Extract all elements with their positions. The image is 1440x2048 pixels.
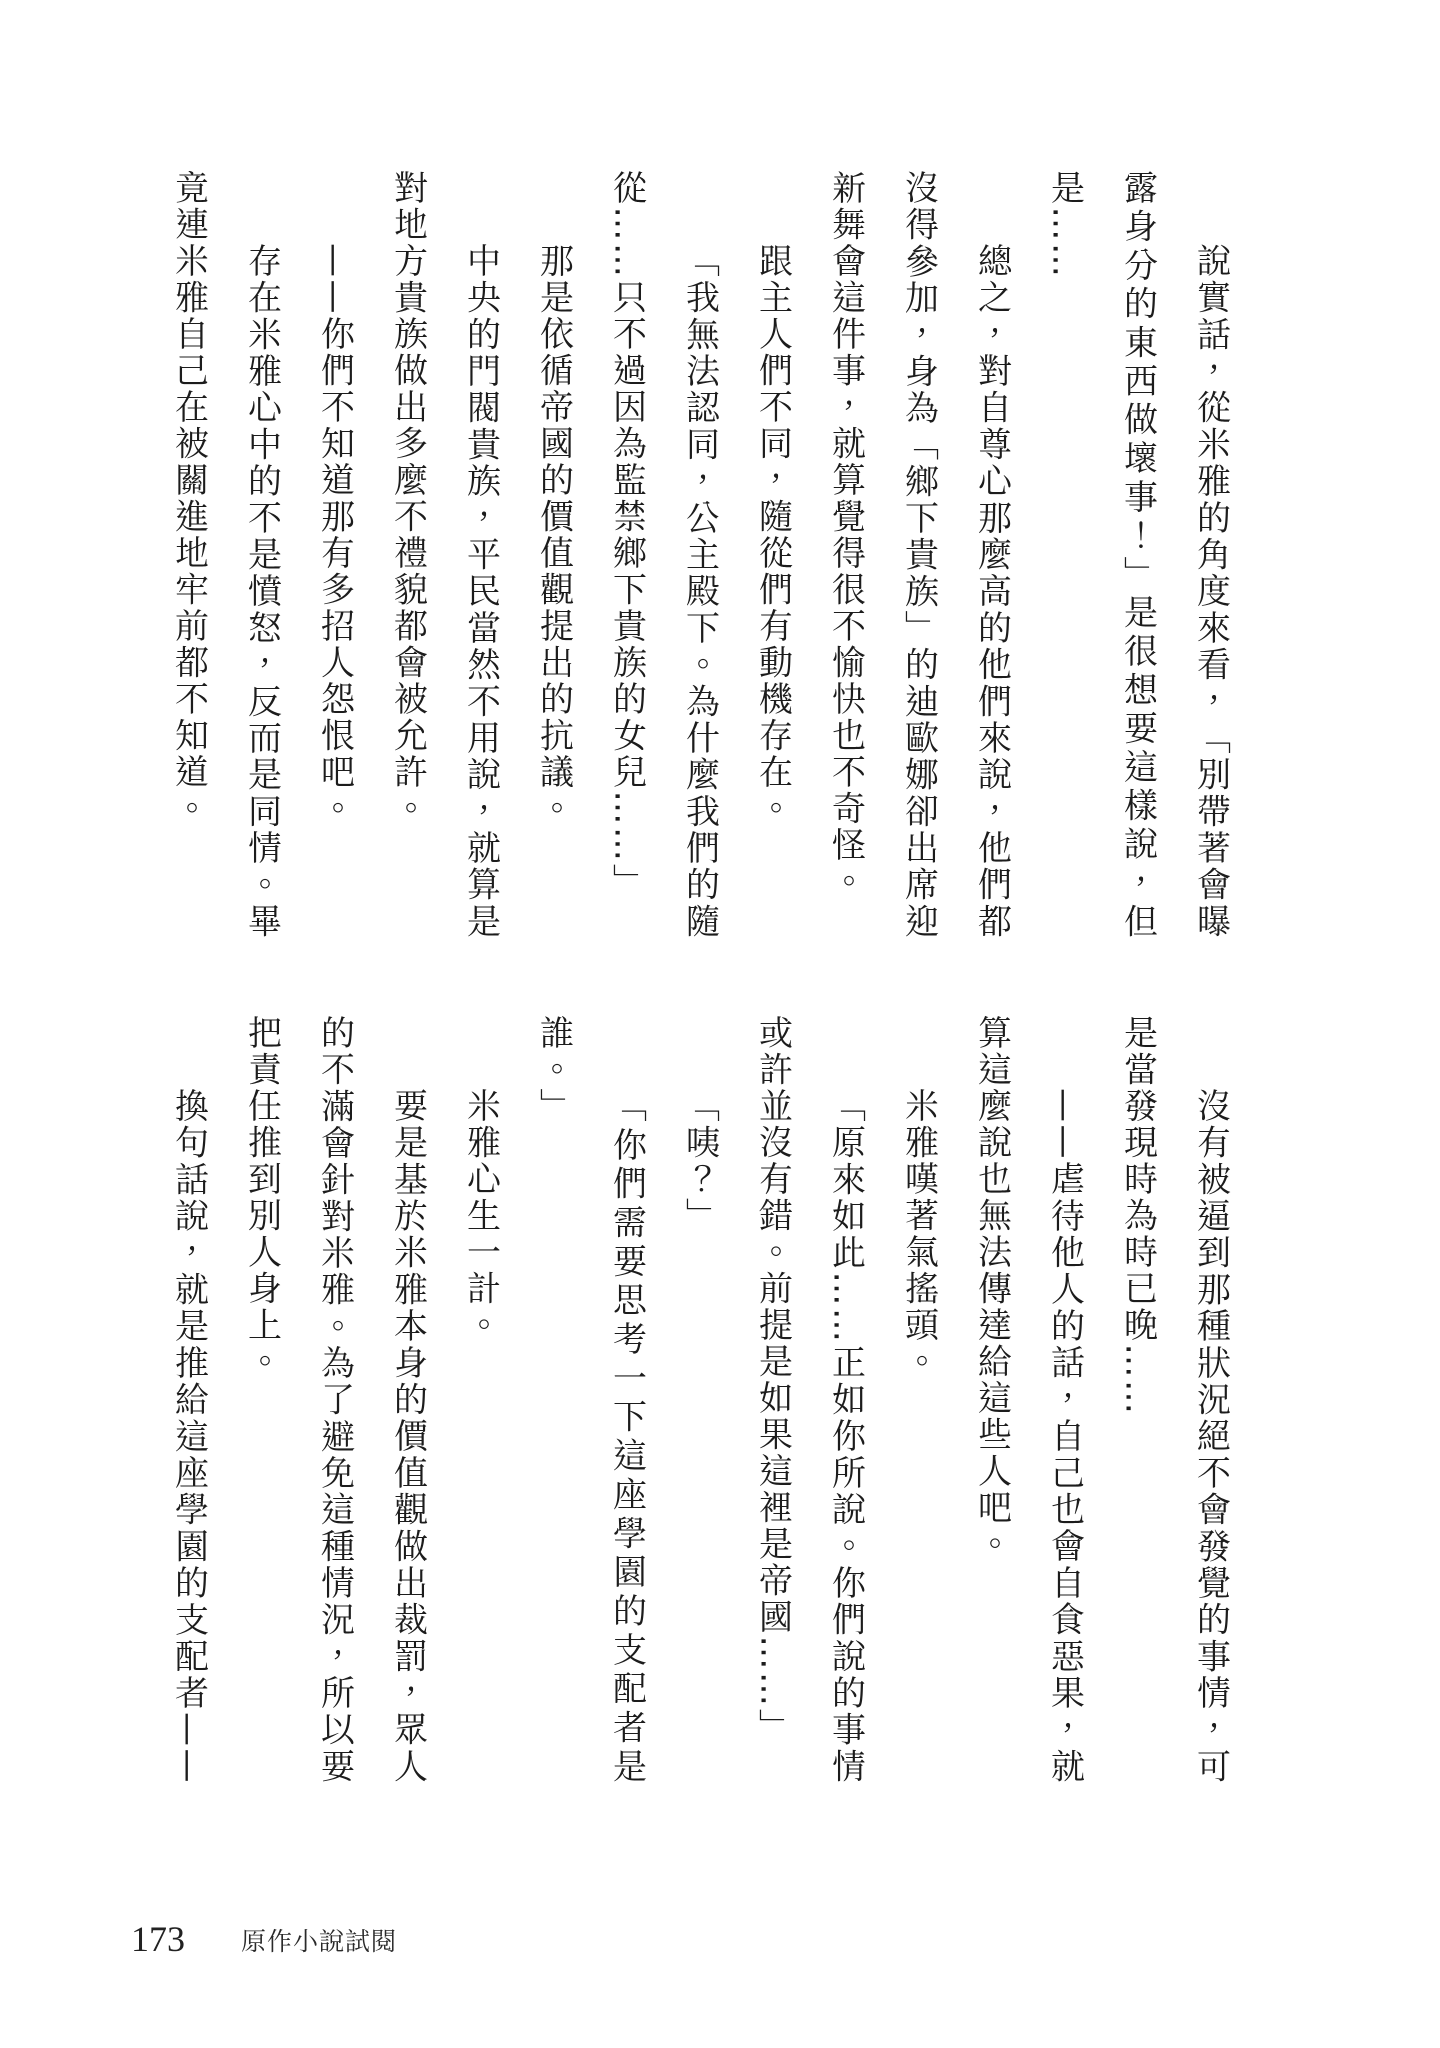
text-column: 跟主人們不同，隨從們有動機存在。 xyxy=(736,170,809,940)
text-column: 要是基於米雅本身的價值觀做出裁罰，眾人 xyxy=(371,1015,444,1785)
text-column: 誰。」 xyxy=(517,1015,590,1785)
text-column: 是…… xyxy=(1028,170,1101,940)
text-column: 米雅心生一計。 xyxy=(444,1015,517,1785)
text-column: 換句話說，就是推給這座學園的支配者—— xyxy=(152,1015,225,1785)
page-number: 173 xyxy=(131,1921,185,1957)
text-column: 沒得參加，身為「鄉下貴族」的迪歐娜卻出席迎 xyxy=(882,170,955,940)
text-column: 「咦？」 xyxy=(663,1015,736,1785)
text-column: 米雅嘆著氣搖頭。 xyxy=(882,1015,955,1785)
text-column: 「原來如此……正如你所說。你們說的事情 xyxy=(809,1015,882,1785)
text-column: 「我無法認同，公主殿下。為什麼我們的隨 xyxy=(663,170,736,940)
text-column: 從……只不過因為監禁鄉下貴族的女兒……」 xyxy=(590,170,663,940)
text-column: 把責任推到別人身上。 xyxy=(225,1015,298,1785)
text-column: 是當發現時為時已晚…… xyxy=(1101,1015,1174,1785)
text-column: 那是依循帝國的價值觀提出的抗議。 xyxy=(517,170,590,940)
text-column: 中央的門閥貴族，平民當然不用說，就算是 xyxy=(444,170,517,940)
text-column: 「你們需要思考一下這座學園的支配者是 xyxy=(590,1015,663,1785)
text-column: 存在米雅心中的不是憤怒，反而是同情。畢 xyxy=(225,170,298,940)
text-column: 竟連米雅自己在被關進地牢前都不知道。 xyxy=(152,170,225,940)
text-column: 露身分的東西做壞事！」是很想要這樣說，但 xyxy=(1101,170,1174,940)
text-column: 的不滿會針對米雅。為了避免這種情況，所以要 xyxy=(298,1015,371,1785)
text-column: 或許並沒有錯。前提是如果這裡是帝國……」 xyxy=(736,1015,809,1785)
text-column: 對地方貴族做出多麼不禮貌都會被允許。 xyxy=(371,170,444,940)
text-column: 新舞會這件事，就算覺得很不愉快也不奇怪。 xyxy=(809,170,882,940)
text-column: 總之，對自尊心那麼高的他們來說，他們都 xyxy=(955,170,1028,940)
upper-text-section: 說實話，從米雅的角度來看，「別帶著會曝 露身分的東西做壞事！」是很想要這樣說，但… xyxy=(152,170,1247,940)
text-column: ——你們不知道那有多招人怨恨吧。 xyxy=(298,170,371,940)
running-footer-title: 原作小說試閱 xyxy=(241,1929,397,1954)
text-column: 算這麼說也無法傳達給這些人吧。 xyxy=(955,1015,1028,1785)
text-column: ——虐待他人的話，自己也會自食惡果，就 xyxy=(1028,1015,1101,1785)
text-column: 說實話，從米雅的角度來看，「別帶著會曝 xyxy=(1174,170,1247,940)
lower-text-section: 沒有被逼到那種狀況絕不會發覺的事情，可 是當發現時為時已晚…… ——虐待他人的話… xyxy=(152,1015,1247,1785)
text-column: 沒有被逼到那種狀況絕不會發覺的事情，可 xyxy=(1174,1015,1247,1785)
